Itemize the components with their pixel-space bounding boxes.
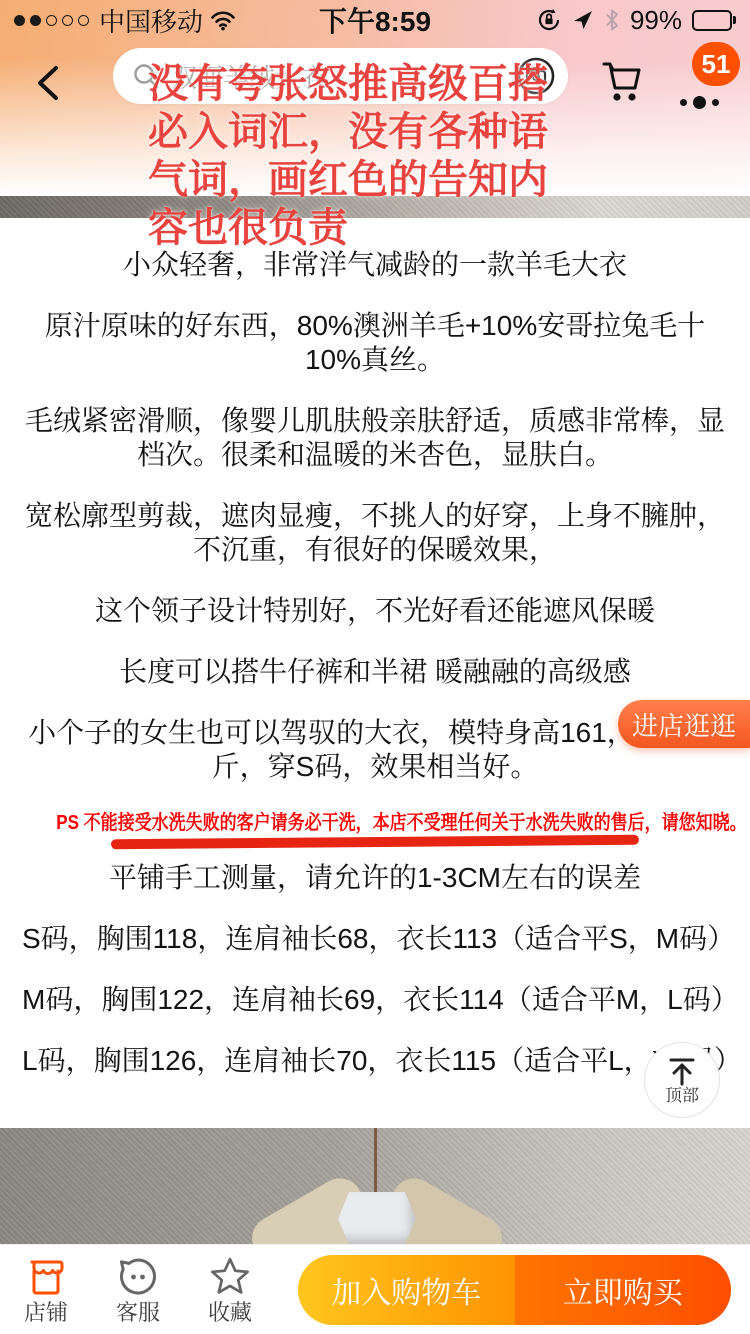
product-description: 小众轻奢，非常洋气减龄的一款羊毛大衣 原汁原味的好东西，80%澳洲羊毛+10%安… <box>0 218 750 1105</box>
status-right: 99% <box>536 5 736 36</box>
annotation-line: 没有夸张怒推高级百搭 <box>148 60 718 108</box>
star-outline-icon <box>207 1255 253 1299</box>
size-row-s: S码，胸围118，连肩袖长68，衣长113（适合平S，M码） <box>22 922 728 956</box>
location-arrow-icon <box>572 9 594 31</box>
size-row-m: M码，胸围122，连肩袖长69，衣长114（适合平M，L码） <box>22 983 728 1017</box>
visit-shop-button[interactable]: 进店逛逛 <box>618 700 750 748</box>
buy-now-button[interactable]: 立即购买 <box>515 1255 732 1325</box>
favorite-button[interactable]: 收藏 <box>184 1255 276 1325</box>
add-to-cart-button[interactable]: 加入购物车 <box>298 1255 515 1325</box>
back-to-top-label: 顶部 <box>665 1087 699 1105</box>
hanger-string <box>374 1128 377 1200</box>
customer-service-button[interactable]: 客服 <box>92 1255 184 1325</box>
description-paragraph: 原汁原味的好东西，80%澳洲羊毛+10%安哥拉兔毛十10%真丝。 <box>22 309 728 377</box>
red-annotation-overlay: 没有夸张怒推高级百搭 必入词汇，没有各种语 气词，画红色的告知内 容也很负责 <box>148 60 718 252</box>
description-paragraph: 毛绒紧密滑顺，像婴儿肌肤般亲肤舒适，质感非常棒，显档次。很柔和温暖的米杏色，显肤… <box>22 404 728 472</box>
shop-nav-button[interactable]: 店铺 <box>0 1255 92 1325</box>
arrow-up-to-top-icon <box>665 1056 699 1086</box>
description-paragraph: 小众轻奢，非常洋气减龄的一款羊毛大衣 <box>22 248 728 282</box>
storefront-icon <box>23 1255 69 1299</box>
annotation-line: 气词，画红色的告知内 <box>148 156 718 204</box>
ps-warning-text: PS 不能接受水洗失败的客户请务必干洗，本店不受理任何关于水洗失败的售后，请您知… <box>56 811 694 835</box>
product-photo <box>0 1128 750 1244</box>
annotation-line: 容也很负责 <box>148 204 718 252</box>
size-row-l: L码，胸围126，连肩袖长70，衣长115（适合平L，XL码） <box>22 1044 728 1078</box>
chat-bubble-icon <box>115 1255 161 1299</box>
taobao-product-detail-screen: 中国移动 下午8:59 <box>0 0 750 1334</box>
bluetooth-icon <box>604 8 620 32</box>
shop-nav-label: 店铺 <box>24 1301 68 1325</box>
description-paragraph: 这个领子设计特别好，不光好看还能遮风保暖 <box>22 594 728 628</box>
back-button[interactable] <box>30 62 70 104</box>
battery-percent-label: 99% <box>630 5 682 36</box>
purchase-pill: 加入购物车 立即购买 <box>298 1255 731 1325</box>
battery-icon <box>692 10 736 31</box>
hanger-hook <box>338 1192 416 1244</box>
bottom-action-bar: 店铺 客服 收藏 加入购物车 立即购买 <box>0 1244 750 1334</box>
red-brush-underline <box>111 835 639 850</box>
status-bar: 中国移动 下午8:59 <box>0 0 750 40</box>
description-paragraph: 长度可以搭牛仔裤和半裙 暖融融的高级感 <box>22 655 728 689</box>
rotation-lock-icon <box>536 7 562 33</box>
description-paragraph: 宽松廓型剪裁，遮肉显瘦，不挑人的好穿，上身不臃肿，不沉重，有很好的保暖效果， <box>22 499 728 567</box>
customer-service-label: 客服 <box>116 1301 160 1325</box>
measure-note: 平铺手工测量，请允许的1-3CM左右的误差 <box>22 861 728 895</box>
favorite-label: 收藏 <box>208 1301 252 1325</box>
annotation-line: 必入词汇，没有各种语 <box>148 108 718 156</box>
back-to-top-button[interactable]: 顶部 <box>644 1042 720 1118</box>
